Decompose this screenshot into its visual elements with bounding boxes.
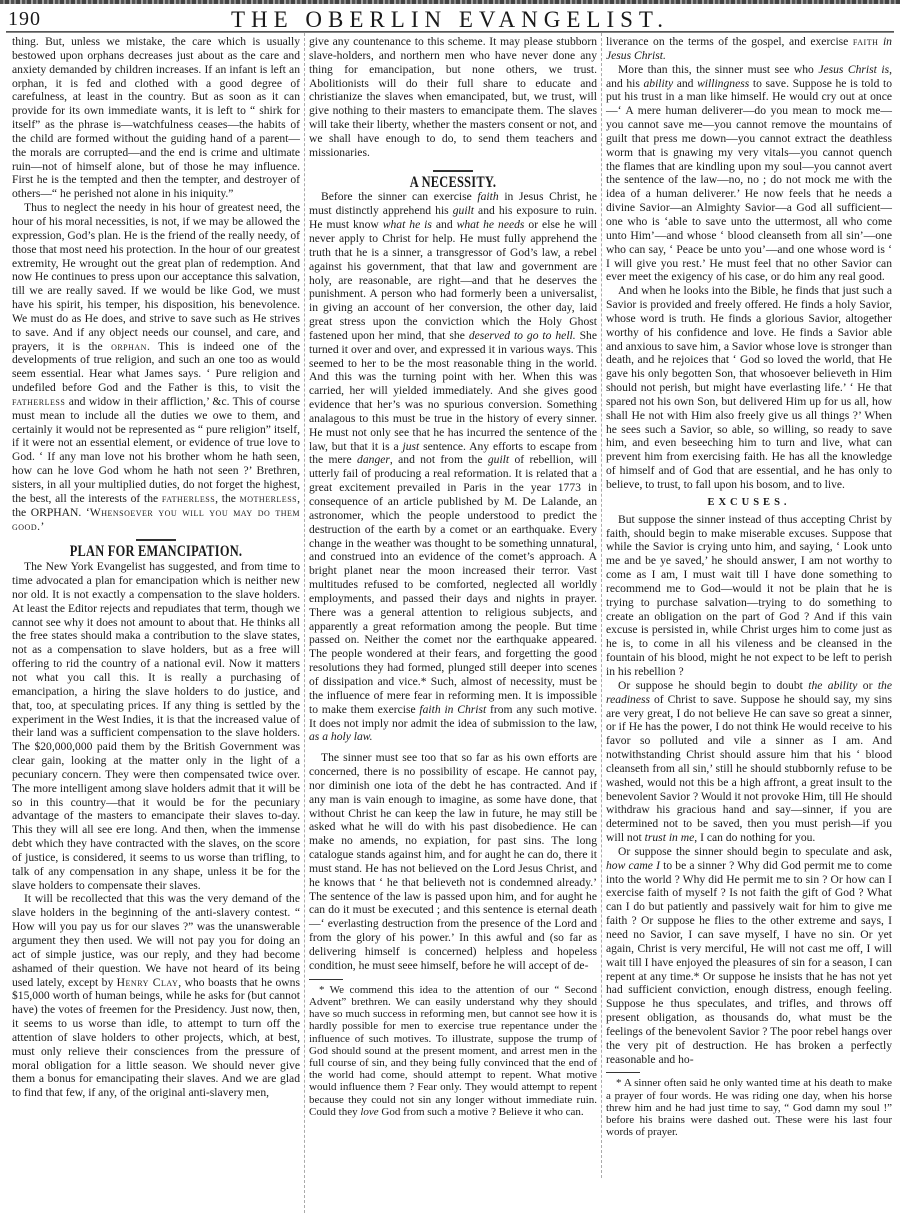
italic-text: faith	[477, 190, 498, 203]
text-run: Thus to neglect the needy in his hour of…	[12, 201, 300, 352]
text-run: Or suppose the sinner should begin to sp…	[618, 845, 892, 858]
text-run: She turned it over and over, and express…	[309, 329, 597, 453]
masthead-rule	[6, 31, 894, 33]
italic-text: guilt	[453, 204, 474, 217]
italic-text: ability	[643, 77, 673, 90]
text-run: or	[857, 679, 877, 692]
text-run: * We commend this idea to the attention …	[309, 984, 597, 1118]
section-separator	[433, 170, 473, 172]
column-divider	[601, 33, 602, 1178]
text-run: or else he will never apply to Christ fo…	[309, 218, 597, 342]
small-caps-text: motherless	[240, 492, 297, 505]
newspaper-title: THE OBERLIN EVANGELIST.	[0, 7, 900, 33]
text-run: Or suppose he should begin to doubt	[618, 679, 808, 692]
text-run: Before the sinner can exercise	[321, 190, 477, 203]
footnote-rule	[606, 1072, 640, 1073]
paragraph: Before the sinner can exercise faith in …	[309, 190, 597, 744]
text-run: liverance on the terms of the gospel, an…	[606, 35, 853, 48]
section-heading: EXCUSES.	[606, 496, 892, 510]
italic-text: faith in Christ	[419, 703, 486, 716]
italic-text: trust in me	[645, 831, 695, 844]
text-run: It will be recollected that this was the…	[12, 892, 300, 988]
paragraph: But suppose the sinner instead of thus a…	[606, 513, 892, 679]
italic-text: just	[403, 440, 420, 453]
small-caps-text: orphan	[111, 340, 147, 353]
italic-text: the ability	[808, 679, 857, 692]
small-caps-text: fatherless	[12, 395, 65, 408]
text-run: ’	[41, 520, 45, 533]
text-run: of Christ to save. Suppose he should say…	[606, 693, 892, 844]
small-caps-text: Henry Clay	[117, 976, 179, 989]
small-caps-text: faith	[853, 35, 878, 48]
column-1: thing. But, unless we mistake, the care …	[12, 35, 300, 1100]
paragraph: And when he looks into the Bible, he fin…	[606, 284, 892, 492]
text-run: , the	[215, 492, 239, 505]
paragraph: liverance on the terms of the gospel, an…	[606, 35, 892, 63]
text-run: , who boasts that he owns $15,000 worth …	[12, 976, 300, 1100]
footnote-rule	[309, 979, 343, 980]
text-run: God from such a motive ? Believe it who …	[379, 1106, 584, 1118]
italic-text: deserved to go to hell.	[469, 329, 576, 342]
paragraph: The sinner must see too that so far as h…	[309, 751, 597, 973]
paragraph: Or suppose he should begin to doubt the …	[606, 679, 892, 845]
italic-text: what he needs	[457, 218, 525, 231]
paragraph: Or suppose the sinner should begin to sp…	[606, 845, 892, 1067]
italic-text: danger	[357, 453, 390, 466]
paragraph: Thus to neglect the needy in his hour of…	[12, 201, 300, 533]
article-heading: PLAN FOR EMANCIPATION.	[41, 545, 271, 559]
italic-text: guilt	[488, 453, 509, 466]
paragraph: It will be recollected that this was the…	[12, 892, 300, 1100]
text-run: and widow in their affliction,’ &c. This…	[12, 395, 300, 505]
paragraph: thing. But, unless we mistake, the care …	[12, 35, 300, 201]
text-run: More than this, the sinner must see who	[618, 63, 818, 76]
section-separator	[136, 539, 176, 541]
italic-text: as a holy law.	[309, 730, 373, 743]
footnote: * We commend this idea to the attention …	[309, 984, 597, 1118]
italic-text: love	[360, 1106, 378, 1118]
italic-text: Jesus Christ is	[818, 63, 889, 76]
text-run: and	[432, 218, 457, 231]
paragraph: give any countenance to this scheme. It …	[309, 35, 597, 160]
small-caps-text: fatherless	[162, 492, 215, 505]
italic-text: willingness	[697, 77, 749, 90]
column-2: give any countenance to this scheme. It …	[309, 35, 597, 1118]
masthead: 190 THE OBERLIN EVANGELIST.	[0, 4, 900, 30]
column-divider	[304, 33, 305, 1213]
text-run: and	[673, 77, 697, 90]
paragraph: The New York Evangelist has suggested, a…	[12, 560, 300, 892]
footnote: * A sinner often said he only wanted tim…	[606, 1077, 892, 1138]
text-run: to be a sinner ? Why did God permit me t…	[606, 859, 892, 1066]
italic-text: how came I	[606, 859, 660, 872]
italic-text: what he is	[383, 218, 432, 231]
footnote-text: * A sinner often said he only wanted tim…	[606, 1077, 892, 1138]
article-heading: A NECESSITY.	[338, 176, 568, 190]
text-run: , I can do nothing for you.	[694, 831, 815, 844]
paragraph: More than this, the sinner must see who …	[606, 63, 892, 285]
column-3: liverance on the terms of the gospel, an…	[606, 35, 892, 1138]
text-run: of rebellion, will utterly fail of produ…	[309, 453, 597, 715]
text-run: to save. Suppose he is told to put his t…	[606, 77, 892, 284]
text-run: , and not from the	[390, 453, 488, 466]
